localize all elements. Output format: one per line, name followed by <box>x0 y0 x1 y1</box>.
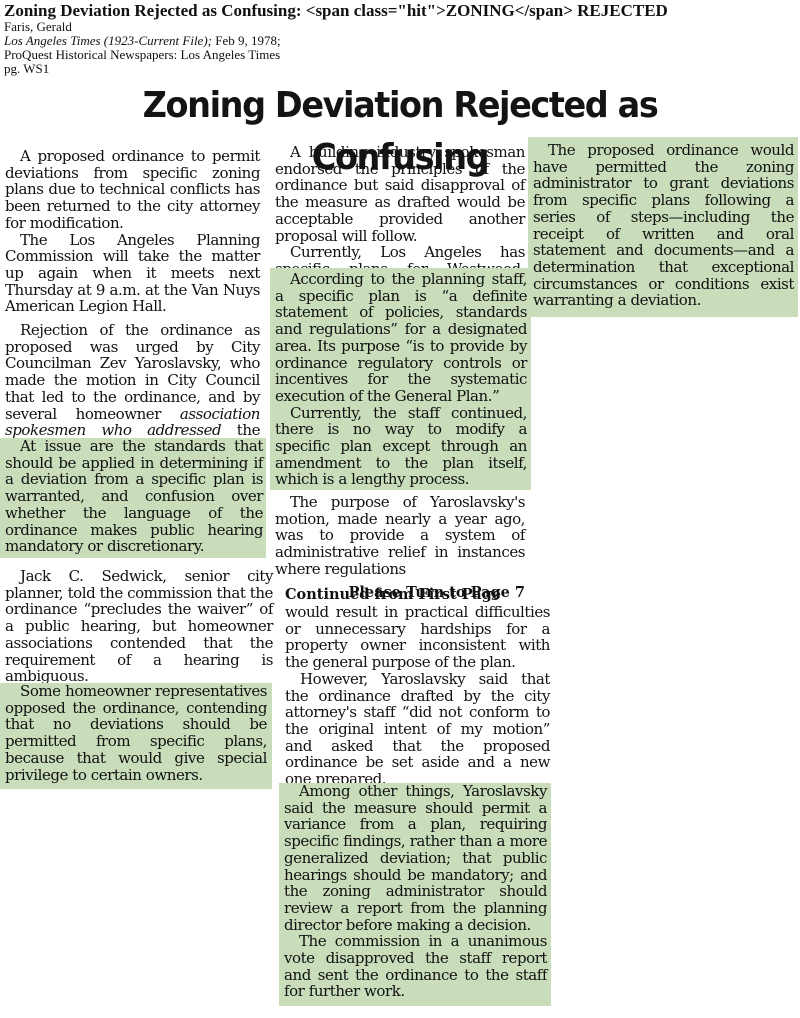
highlight-block: Among other things, Yaroslavsky said the… <box>279 783 551 1006</box>
paragraph: At issue are the standards that should b… <box>5 438 263 555</box>
citation-database: ProQuest Historical Newspapers: Los Ange… <box>4 48 800 62</box>
paragraph: The Los Angeles Planning Commission will… <box>5 232 260 316</box>
paragraph: The purpose of Yaroslavsky's motion, mad… <box>275 494 525 578</box>
continued-line: Continued from First Page <box>285 586 550 604</box>
paragraph: According to the planning staff, a speci… <box>275 271 527 405</box>
paragraph: Jack C. Sedwick, senior city planner, to… <box>5 568 273 685</box>
citation-author: Faris, Gerald <box>4 20 800 34</box>
paragraph: A building industry spokesman endorsed t… <box>275 144 525 244</box>
paragraph: Among other things, Yaroslavsky said the… <box>284 783 547 933</box>
paragraph: However, Yaroslavsky said that the ordin… <box>285 671 550 788</box>
paragraph: The commission in a unanimous vote disap… <box>284 933 547 1000</box>
highlight-block: According to the planning staff, a speci… <box>270 268 531 490</box>
paragraph: Currently, the staff continued, there is… <box>275 405 527 489</box>
column-1-bottom: Jack C. Sedwick, senior city planner, to… <box>5 568 273 685</box>
citation-source: Los Angeles Times (1923-Current File); F… <box>4 34 800 48</box>
paragraph: Rejection of the ordinance as proposed w… <box>5 322 260 456</box>
paragraph: Some homeowner representatives opposed t… <box>5 683 267 783</box>
highlight-block: The proposed ordinance would have permit… <box>528 137 798 317</box>
citation-page: pg. WS1 <box>4 62 800 76</box>
paragraph: A proposed ordinance to permit deviation… <box>5 148 260 232</box>
column-1-top: A proposed ordinance to permit deviation… <box>5 148 260 456</box>
column-2-continued: Continued from First Page would result i… <box>285 586 550 788</box>
citation-date: Feb 9, 1978; <box>212 33 281 48</box>
citation-header: Zoning Deviation Rejected as Confusing: … <box>4 2 800 76</box>
highlight-block: Some homeowner representatives opposed t… <box>0 683 272 789</box>
citation-publication: Los Angeles Times (1923-Current File); <box>4 33 212 48</box>
paragraph: would result in practical difficulties o… <box>285 604 550 671</box>
citation-title: Zoning Deviation Rejected as Confusing: … <box>4 2 800 20</box>
highlight-block: At issue are the standards that should b… <box>0 438 266 558</box>
paragraph: The proposed ordinance would have permit… <box>533 142 794 309</box>
